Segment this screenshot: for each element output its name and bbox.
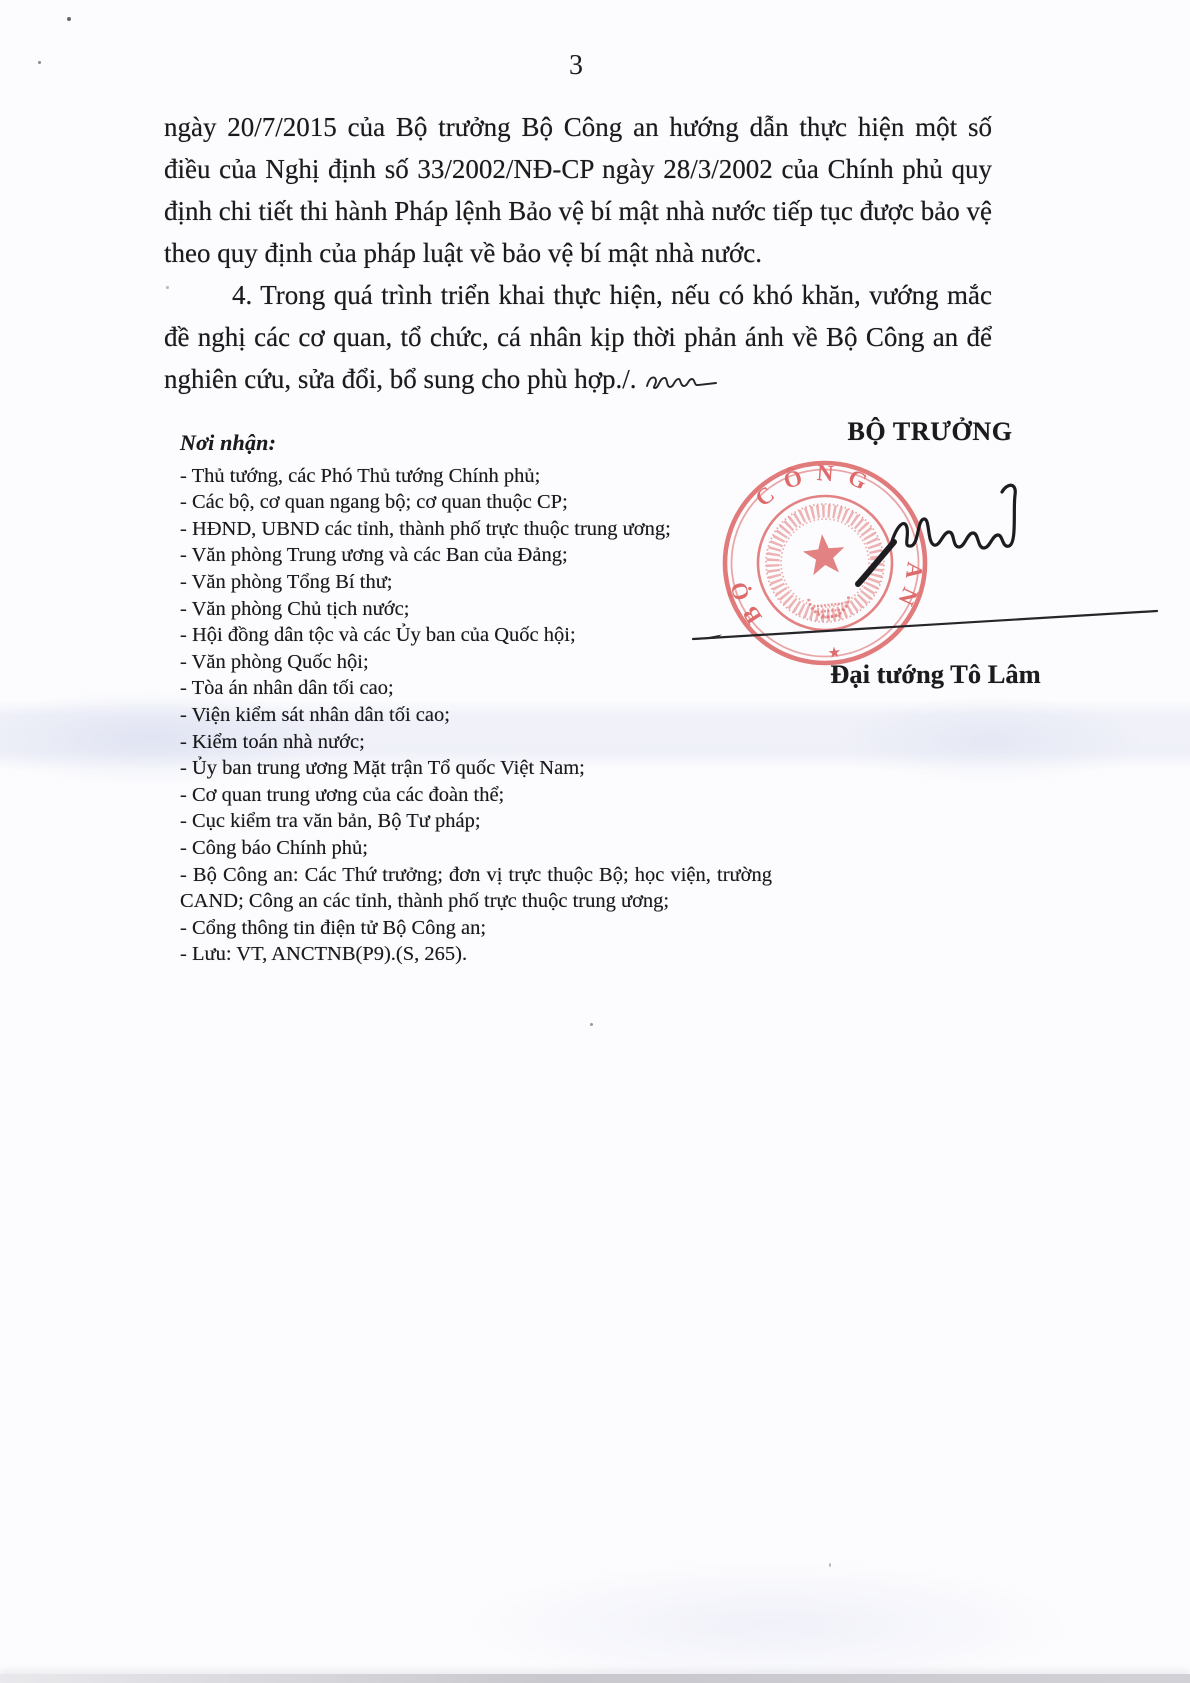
paragraph-continuation: ngày 20/7/2015 của Bộ trưởng Bộ Công an … (164, 106, 992, 274)
scan-speck (166, 286, 169, 289)
scanned-document-page: 3 ngày 20/7/2015 của Bộ trưởng Bộ Công a… (0, 0, 1190, 1683)
recipient-item: - Cục kiểm tra văn bản, Bộ Tư pháp; (180, 808, 772, 835)
scan-speck (590, 1023, 593, 1026)
handwritten-initials-icon (643, 367, 723, 393)
scan-speck (67, 17, 71, 21)
document-body: ngày 20/7/2015 của Bộ trưởng Bộ Công an … (164, 106, 992, 400)
recipient-item: - Lưu: VT, ANCTNB(P9).(S, 265). (180, 941, 772, 968)
recipient-item: - Bộ Công an: Các Thứ trưởng; đơn vị trự… (180, 862, 772, 915)
signer-name: Đại tướng Tô Lâm (793, 659, 1078, 690)
signature-scribble (890, 485, 1015, 548)
page-number: 3 (0, 50, 1152, 82)
signature-long-line (693, 611, 1157, 639)
recipient-item: - Kiểm toán nhà nước; (180, 729, 772, 756)
paragraph-item-4: 4. Trong quá trình triển khai thực hiện,… (164, 274, 992, 400)
paragraph-item-4-text: 4. Trong quá trình triển khai thực hiện,… (164, 280, 992, 394)
recipient-item: - Cơ quan trung ương của các đoàn thể; (180, 782, 772, 809)
scan-edge-artifact (0, 1674, 1190, 1683)
minister-signature (600, 415, 1190, 675)
recipient-item: - Viện kiểm sát nhân dân tối cao; (180, 702, 772, 729)
scan-speck (829, 1563, 831, 1567)
recipient-item: - Công báo Chính phủ; (180, 835, 772, 862)
recipient-item: - Ủy ban trung ương Mặt trận Tổ quốc Việ… (180, 755, 772, 782)
recipient-item: - Cổng thông tin điện tử Bộ Công an; (180, 915, 772, 942)
scan-speck (38, 61, 41, 64)
recipient-item: - Tòa án nhân dân tối cao; (180, 675, 772, 702)
